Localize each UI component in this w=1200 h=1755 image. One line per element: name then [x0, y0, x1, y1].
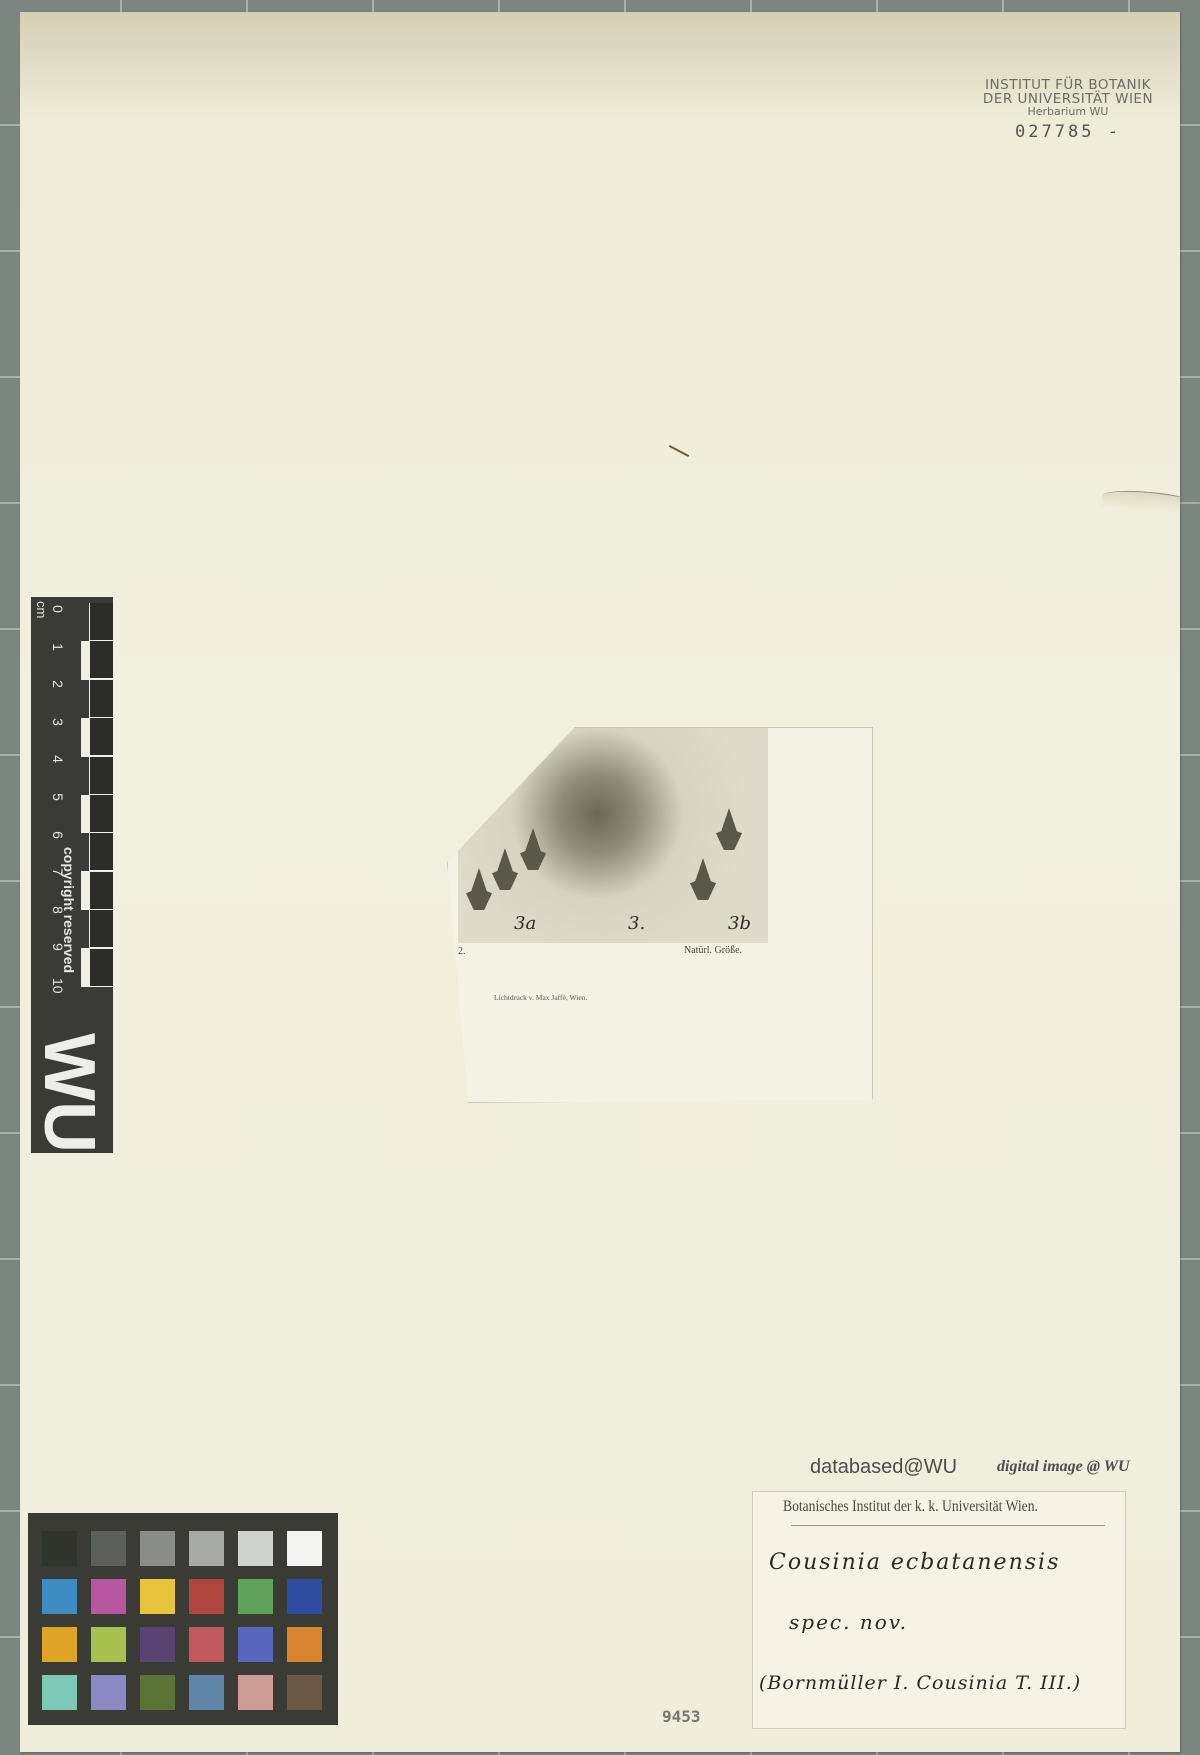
taxon-name: Cousinia ecbatanensis [769, 1550, 1060, 1575]
pencil-mark [669, 445, 689, 457]
label-divider [791, 1525, 1105, 1526]
color-swatch [189, 1531, 224, 1566]
accession-number: 027785 - [968, 124, 1168, 142]
ruler-unit: cm [35, 601, 49, 618]
ruler-tick-label: 10 [50, 978, 66, 992]
stamp-line-3: Herbarium WU [968, 106, 1168, 118]
ruler-tick-label: 6 [50, 828, 66, 842]
figure-label-3a: 3a [514, 913, 536, 934]
figure-label-3: 3. [628, 913, 645, 934]
ruler-tick-label: 5 [50, 790, 66, 804]
color-swatch [287, 1531, 322, 1566]
torn-edge [1101, 489, 1200, 515]
color-swatch [287, 1675, 322, 1710]
color-swatch [287, 1627, 322, 1662]
digital-image-stamp: digital image @ WU [997, 1458, 1130, 1476]
color-swatch [140, 1675, 175, 1710]
institute-stamp: INSTITUT FÜR BOTANIK DER UNIVERSITÄT WIE… [968, 78, 1168, 142]
sheet-number: 9453 [662, 1707, 701, 1726]
color-swatch [238, 1531, 273, 1566]
figure-label-3b: 3b [728, 913, 751, 934]
color-swatch [287, 1579, 322, 1614]
databased-stamp: databased@WU [810, 1456, 957, 1479]
color-swatch [140, 1627, 175, 1662]
ruler-tick-label: 0 [50, 602, 66, 616]
ruler-tick-label: 4 [50, 752, 66, 766]
ruler-bar [81, 603, 113, 987]
cm-scale-ruler: cm 012345678910 copyright reserved WU [31, 597, 113, 1153]
copyright-text: copyright reserved [61, 847, 77, 973]
color-swatch [238, 1627, 273, 1662]
color-swatch [91, 1627, 126, 1662]
ruler-tick-label: 2 [50, 677, 66, 691]
figure-number: 2. [458, 946, 466, 957]
literature-reference: (Bornmüller I. Cousinia T. III.) [759, 1672, 1081, 1694]
color-swatch [140, 1531, 175, 1566]
taxon-status: spec. nov. [789, 1610, 908, 1634]
color-swatch [91, 1675, 126, 1710]
color-swatch [42, 1579, 77, 1614]
color-checker [28, 1513, 338, 1725]
color-swatch [238, 1675, 273, 1710]
color-swatch [189, 1675, 224, 1710]
ruler-tick-label: 3 [50, 715, 66, 729]
color-swatch [42, 1675, 77, 1710]
scale-note: Natürl. Größe. [684, 945, 742, 956]
printer-credit: Lichtdruck v. Max Jaffé, Wien. [494, 993, 587, 1002]
color-swatch [42, 1627, 77, 1662]
color-swatch [189, 1627, 224, 1662]
color-swatch [140, 1579, 175, 1614]
wu-logo: WU [28, 1033, 110, 1153]
specimen-label: Botanisches Institut der k. k. Universit… [752, 1491, 1126, 1729]
color-swatch [42, 1531, 77, 1566]
label-institution: Botanisches Institut der k. k. Universit… [783, 1498, 1038, 1516]
color-swatch [189, 1579, 224, 1614]
color-swatch [238, 1579, 273, 1614]
color-swatch [91, 1579, 126, 1614]
stamp-line-2: DER UNIVERSITÄT WIEN [968, 92, 1168, 106]
color-swatch [91, 1531, 126, 1566]
ruler-tick-label: 1 [50, 640, 66, 654]
